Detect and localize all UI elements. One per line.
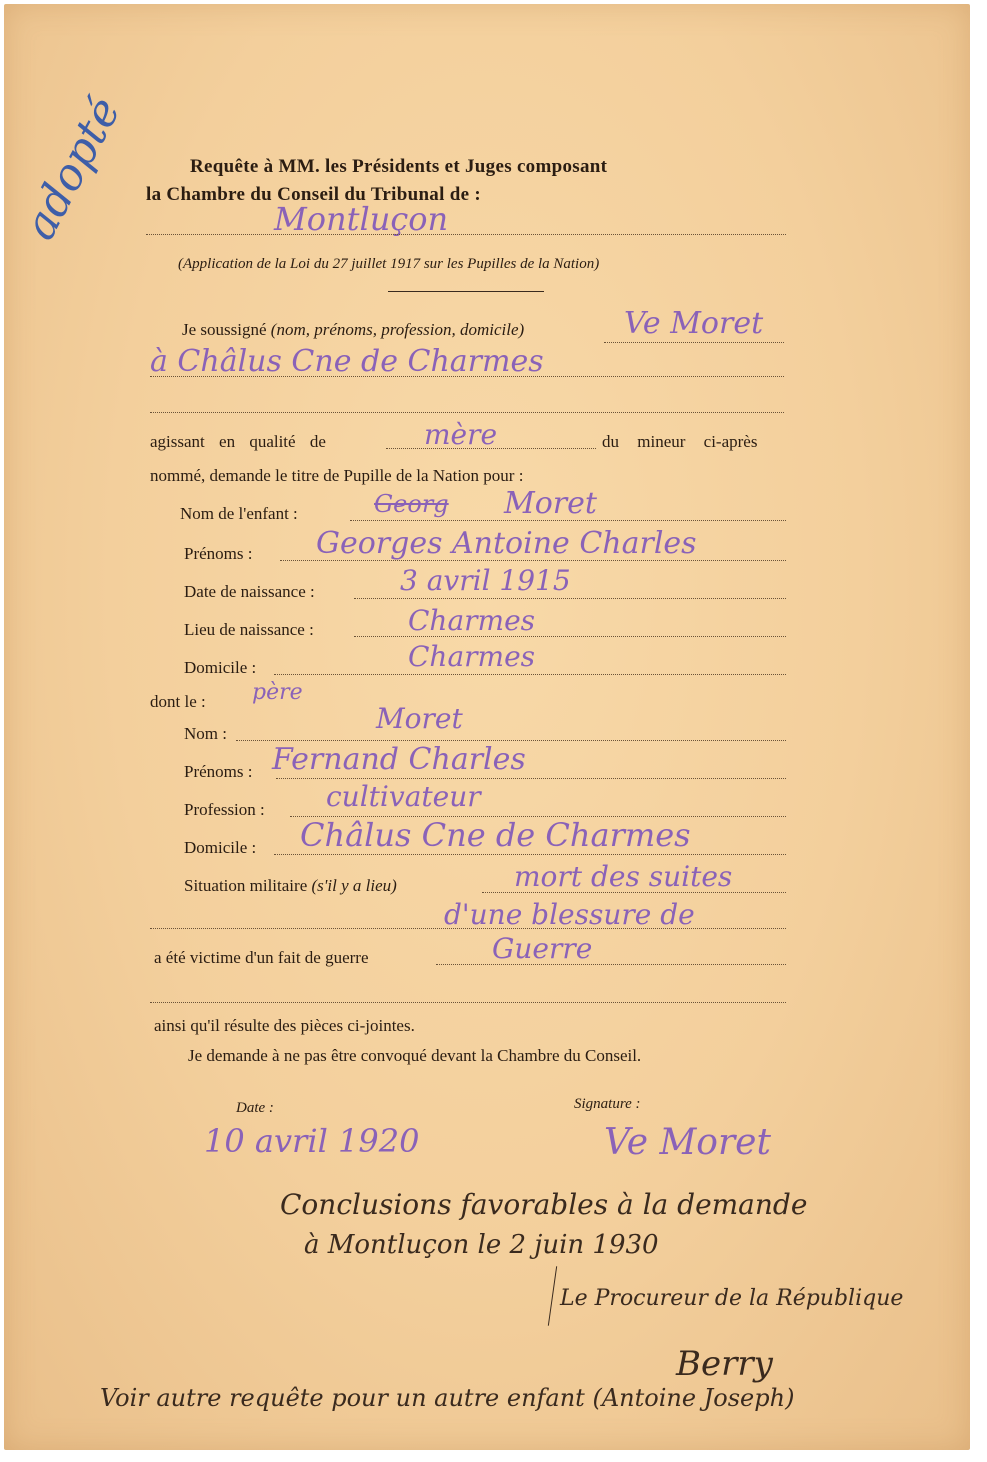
war-fact-label: a été victime d'un fait de guerre bbox=[154, 948, 369, 968]
header-rule bbox=[388, 291, 544, 292]
father-name-line bbox=[236, 740, 786, 741]
header-subtitle: (Application de la Loi du 27 juillet 191… bbox=[178, 256, 599, 273]
child-birthplace-value: Charmes bbox=[408, 604, 535, 637]
capacity-label-after: du mineur ci-après bbox=[602, 432, 757, 452]
child-domicile-value: Charmes bbox=[408, 640, 535, 673]
child-domicile-label: Domicile : bbox=[184, 658, 256, 678]
closing-line2: Je demande à ne pas être convoqué devant… bbox=[188, 1046, 641, 1066]
capacity-value: mère bbox=[424, 418, 497, 451]
applicant-line2 bbox=[150, 376, 784, 377]
child-birthdate-value: 3 avril 1915 bbox=[400, 564, 571, 597]
child-birthdate-line bbox=[354, 598, 786, 599]
father-firstnames-value: Fernand Charles bbox=[272, 742, 526, 777]
header-line1: Requête à MM. les Présidents et Juges co… bbox=[190, 156, 607, 178]
annotation-line1: Conclusions favorables à la demande bbox=[280, 1188, 807, 1221]
father-profession-value: cultivateur bbox=[326, 780, 481, 813]
father-firstnames-label: Prénoms : bbox=[184, 762, 252, 782]
child-birthdate-label: Date de naissance : bbox=[184, 582, 315, 602]
date-value: 10 avril 1920 bbox=[204, 1122, 419, 1160]
child-name-value: Moret bbox=[504, 486, 597, 521]
war-fact-line bbox=[436, 964, 786, 965]
child-domicile-line bbox=[274, 674, 786, 675]
signature-label: Signature : bbox=[574, 1096, 641, 1113]
father-military-label-italic: (s'il y a lieu) bbox=[311, 876, 396, 895]
annotation-signature: Berry bbox=[676, 1344, 773, 1384]
war-fact-line2 bbox=[150, 1002, 786, 1003]
applicant-label-text: Je soussigné bbox=[182, 320, 267, 339]
applicant-label-italic: (nom, prénoms, profession, domicile) bbox=[271, 320, 524, 339]
child-name-struck: Georg bbox=[374, 490, 449, 518]
annotation-line3: Le Procureur de la République bbox=[560, 1286, 903, 1311]
closing-line1: ainsi qu'il résulte des pièces ci-jointe… bbox=[154, 1016, 415, 1036]
father-military-label: Situation militaire (s'il y a lieu) bbox=[184, 876, 397, 896]
capacity-label-before: agissant en qualité de bbox=[150, 432, 326, 452]
father-domicile-value: Châlus Cne de Charmes bbox=[300, 816, 691, 854]
applicant-label: Je soussigné (nom, prénoms, profession, … bbox=[182, 320, 524, 340]
annotation-line2: à Montluçon le 2 juin 1930 bbox=[304, 1230, 659, 1260]
father-profession-label: Profession : bbox=[184, 800, 265, 820]
applicant-value2: à Châlus Cne de Charmes bbox=[150, 344, 544, 379]
tribunal-value: Montluçon bbox=[274, 200, 448, 238]
signature-value: Ve Moret bbox=[604, 1122, 771, 1163]
war-fact-value: Guerre bbox=[492, 932, 592, 965]
father-name-label: Nom : bbox=[184, 724, 227, 744]
father-military-label-text: Situation militaire bbox=[184, 876, 307, 895]
footer-note: Voir autre requête pour un autre enfant … bbox=[100, 1384, 794, 1412]
applicant-value1: Ve Moret bbox=[624, 306, 763, 341]
father-domicile-line bbox=[274, 854, 786, 855]
parent-label: dont le : bbox=[150, 692, 206, 712]
father-firstnames-line bbox=[276, 778, 786, 779]
parent-relation: père bbox=[252, 680, 303, 705]
father-name-value: Moret bbox=[376, 702, 463, 735]
child-name-label: Nom de l'enfant : bbox=[180, 504, 298, 524]
applicant-line1 bbox=[604, 342, 784, 343]
applicant-line3 bbox=[150, 412, 784, 413]
tribunal-line bbox=[146, 234, 786, 235]
date-label: Date : bbox=[236, 1100, 274, 1117]
capacity-line2: nommé, demande le titre de Pupille de la… bbox=[150, 466, 523, 486]
margin-note: adopté bbox=[14, 89, 131, 248]
child-firstnames-value: Georges Antoine Charles bbox=[316, 526, 697, 561]
father-domicile-label: Domicile : bbox=[184, 838, 256, 858]
annotation-bracket bbox=[548, 1266, 557, 1326]
father-military-value2: d'une blessure de bbox=[444, 898, 695, 931]
father-military-value1: mort des suites bbox=[514, 860, 732, 893]
document-page: adopté Requête à MM. les Présidents et J… bbox=[4, 4, 970, 1450]
child-birthplace-label: Lieu de naissance : bbox=[184, 620, 314, 640]
child-firstnames-label: Prénoms : bbox=[184, 544, 252, 564]
